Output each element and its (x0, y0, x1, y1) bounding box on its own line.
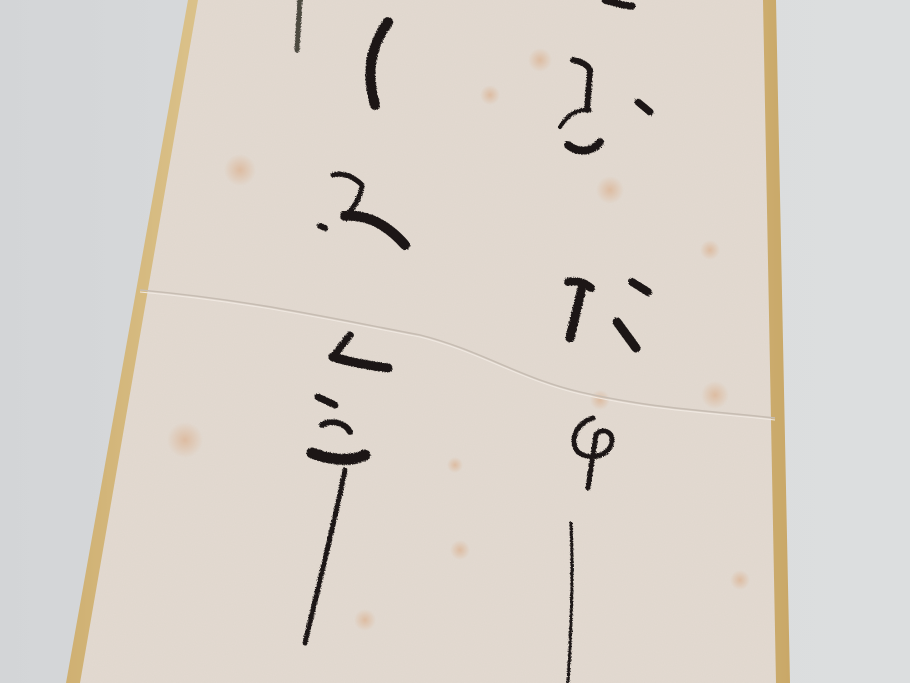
photo-scene (0, 0, 910, 683)
calligraphy-card-illustration (0, 0, 910, 683)
